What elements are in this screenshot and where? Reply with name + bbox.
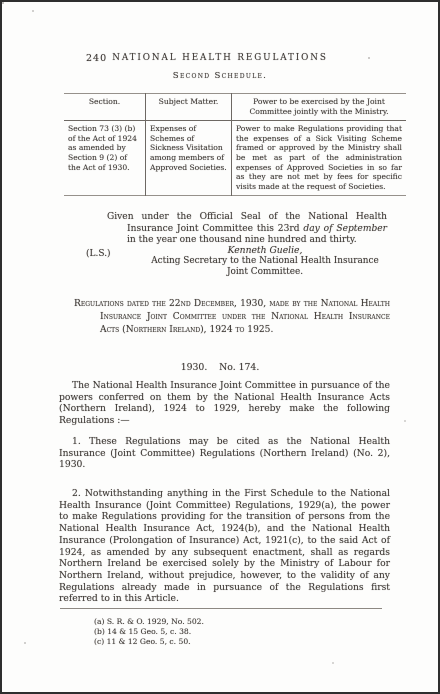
attestation-paragraph: Given under the Official Seal of the Nat…	[127, 212, 387, 247]
article-1-paragraph: 1. These Regulations may be cited as the…	[59, 436, 390, 471]
cell-subject-matter: Expenses of Schemes of Sickness Visitati…	[146, 121, 232, 196]
article-2-paragraph: 2. Notwithstanding anything in the First…	[59, 488, 390, 605]
cell-section: Section 73 (3) (b) of the Act of 1924 as…	[64, 121, 146, 196]
col-header-power: Power to be exercised by the Joint Commi…	[232, 94, 407, 121]
cell-power: Power to make Regulations providing that…	[232, 121, 407, 196]
signature-name: Kenneth Guelie,	[150, 245, 380, 256]
preamble-paragraph: The National Health Insurance Joint Comm…	[59, 380, 390, 427]
scan-noise-specks	[2, 2, 4, 4]
running-title: NATIONAL HEALTH REGULATIONS	[2, 53, 438, 63]
footnote-a: (a) S. R. & O. 1929, No. 502.	[94, 617, 204, 627]
regulation-number-line: 1930. No. 174.	[2, 362, 438, 373]
table-head: Section. Subject Matter. Power to be exe…	[64, 94, 406, 121]
regulations-table: Section. Subject Matter. Power to be exe…	[64, 93, 406, 196]
footnotes-block: (a) S. R. & O. 1929, No. 502. (b) 14 & 1…	[94, 617, 204, 647]
table-row: Section 73 (3) (b) of the Act of 1924 as…	[64, 121, 406, 196]
regulation-heading: Regulations dated the 22nd December, 193…	[74, 298, 390, 337]
footnote-b: (b) 14 & 15 Geo. 5, c. 38.	[94, 627, 204, 637]
col-header-section: Section.	[64, 94, 146, 121]
signature-block: Kenneth Guelie, Acting Secretary to the …	[150, 245, 380, 278]
attestation-text-italic: day of September	[303, 224, 387, 234]
attestation-text-end: in the year one thousand nine hundred an…	[127, 235, 357, 245]
table-header-row: Section. Subject Matter. Power to be exe…	[64, 94, 406, 121]
seal-mark: (L.S.)	[86, 249, 111, 259]
footnote-rule	[60, 608, 382, 609]
schedule-heading: Second Schedule.	[2, 71, 438, 81]
scanned-document-page: 240 NATIONAL HEALTH REGULATIONS Second S…	[0, 0, 440, 694]
signature-title: Acting Secretary to the National Health …	[150, 256, 380, 278]
col-header-subject-matter: Subject Matter.	[146, 94, 232, 121]
footnote-c: (c) 11 & 12 Geo. 5, c. 50.	[94, 637, 204, 647]
table-body: Section 73 (3) (b) of the Act of 1924 as…	[64, 121, 406, 196]
